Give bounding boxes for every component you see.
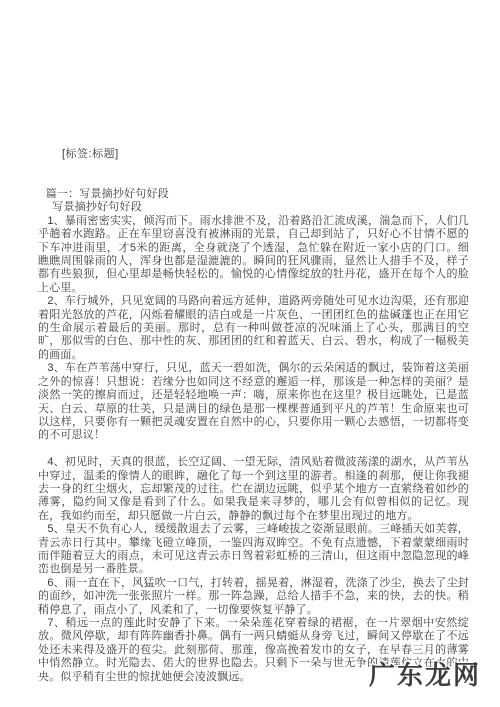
tag-label: [标签:标题] xyxy=(62,148,119,161)
paragraph-6: 6、雨一直在下，风猛吹一口气，打转着，摇晃着，淋湿着，洗涤了沙尘，换去了尘封的面… xyxy=(38,577,469,617)
paragraph-2: 2、车行城外，只见宽阔的马路向着远方延伸，道路两旁随处可见水边沟渠，还有那迎着阳… xyxy=(38,295,469,362)
paragraph-4: 4、初见时，天真的很蓝，长空辽阔、一望无际，清风贴着微波荡漾的湖水，从芦苇丛中穿… xyxy=(38,456,469,523)
paragraph-5: 5、皇天不负有心人，缓缓散退去了云雾，三峰峻拔之姿渐显眼前。三峰插天如芙蓉，青云… xyxy=(38,523,469,577)
document-page: [标签:标题] 篇一：写景摘抄好句好段 写景摘抄好句好段 1、暴雨密密实实，倾泻… xyxy=(0,0,500,707)
watermark-logo: 广东龙网 xyxy=(369,655,481,692)
paragraph-3: 3、车在芦苇荡中穿行，只见，蓝天一碧如洗，偶尔的云朵闲适的飘过，装饰着这美丽之外… xyxy=(38,362,469,442)
section-subtitle: 写景摘抄好句好段 xyxy=(38,201,469,214)
document-body: 篇一：写景摘抄好句好段 写景摘抄好句好段 1、暴雨密密实实，倾泻而下。雨水排泄不… xyxy=(38,188,469,684)
section-title: 篇一：写景摘抄好句好段 xyxy=(38,188,469,201)
paragraph-1: 1、暴雨密密实实，倾泻而下。雨水排泄不及，沿着路沿汇流成溪，湍急而下，人们几乎趟… xyxy=(38,215,469,295)
